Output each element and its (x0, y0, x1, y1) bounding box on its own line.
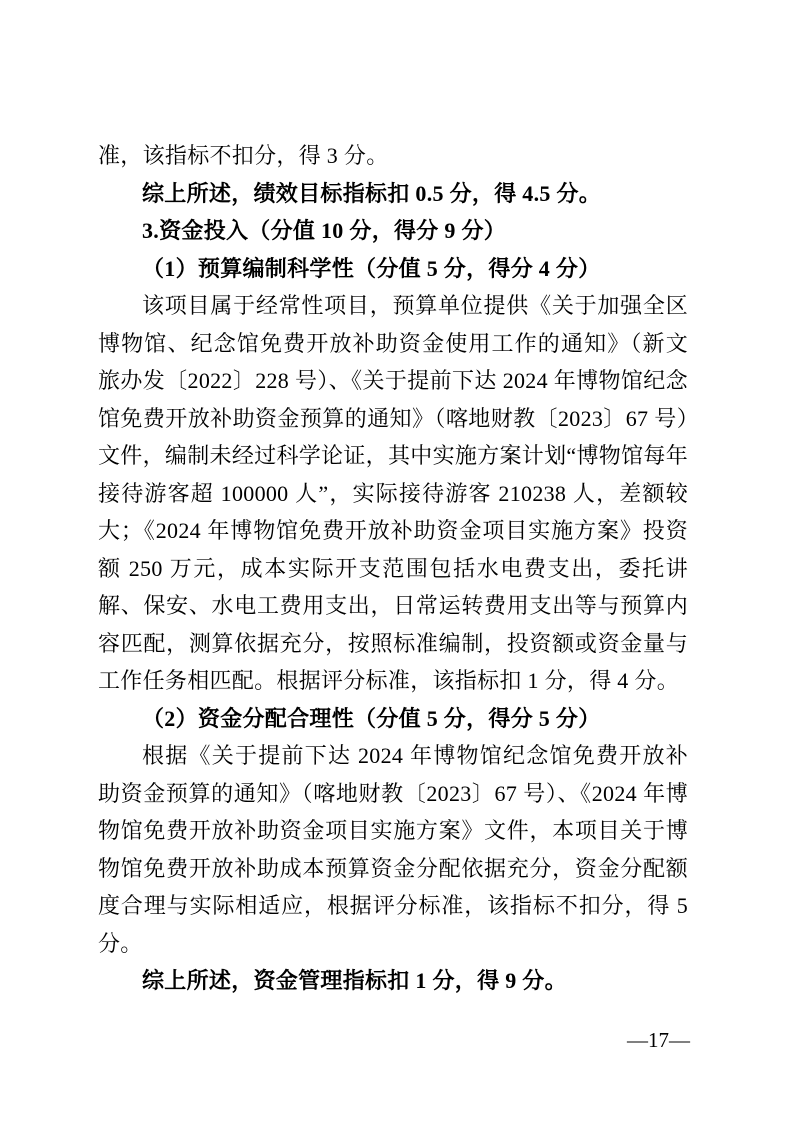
paragraph-fund-allocation-detail: 根据《关于提前下达 2024 年博物馆纪念馆免费开放补助资金预算的通知》（喀地财… (98, 737, 688, 962)
summary-fund-management-score: 综上所述，资金管理指标扣 1 分，得 9 分。 (98, 962, 688, 1000)
heading-funding-input: 3.资金投入（分值 10 分，得分 9 分） (98, 212, 688, 250)
page-number: —17— (627, 1028, 690, 1052)
paragraph-continuation: 准，该指标不扣分，得 3 分。 (98, 137, 688, 175)
heading-fund-allocation-rationality: （2）资金分配合理性（分值 5 分，得分 5 分） (98, 700, 688, 738)
heading-budget-compilation-scientificity: （1）预算编制科学性（分值 5 分，得分 4 分） (98, 250, 688, 288)
paragraph-budget-compilation-detail: 该项目属于经常性项目，预算单位提供《关于加强全区博物馆、纪念馆免费开放补助资金使… (98, 287, 688, 700)
page-body-text: 准，该指标不扣分，得 3 分。 综上所述，绩效目标指标扣 0.5 分，得 4.5… (98, 137, 688, 1000)
summary-performance-target-score: 综上所述，绩效目标指标扣 0.5 分，得 4.5 分。 (98, 175, 688, 213)
document-page: 准，该指标不扣分，得 3 分。 综上所述，绩效目标指标扣 0.5 分，得 4.5… (0, 0, 793, 1122)
